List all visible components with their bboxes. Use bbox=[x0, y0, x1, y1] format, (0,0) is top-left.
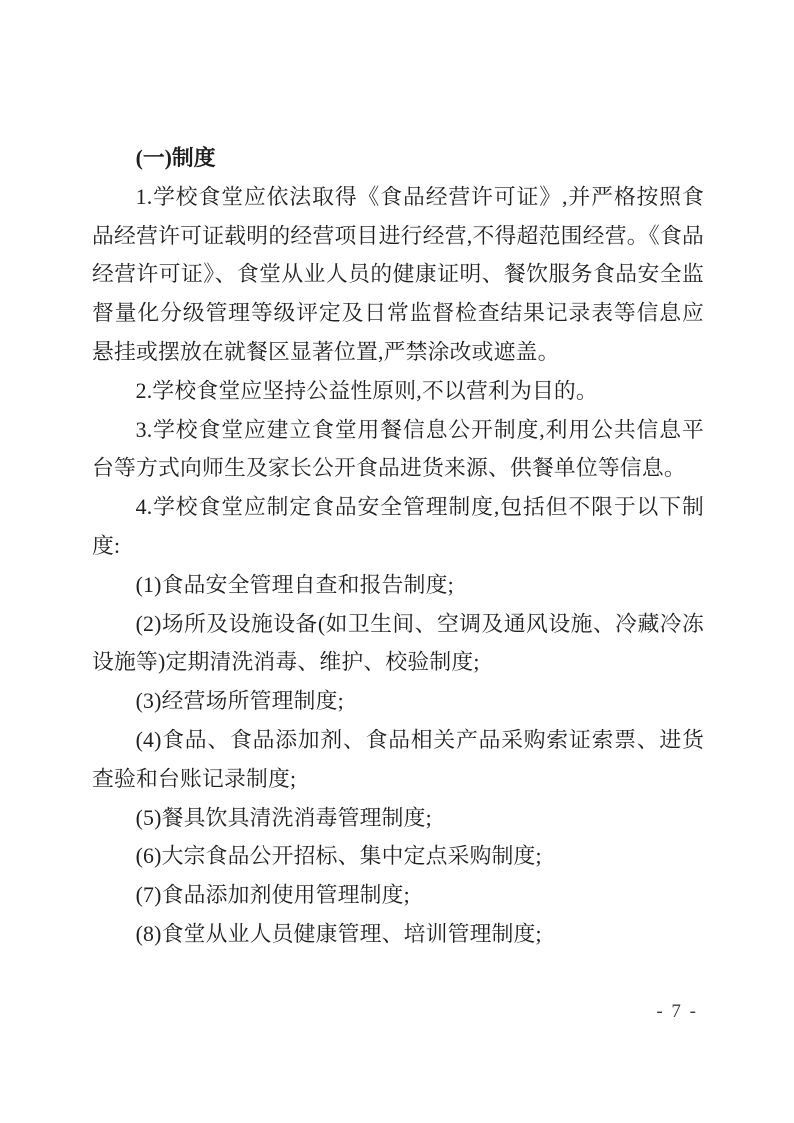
document-body: (一)制度 1.学校食堂应依法取得《食品经营许可证》,并严格按照食品经营许可证载… bbox=[92, 139, 704, 954]
paragraph: 1.学校食堂应依法取得《食品经营许可证》,并严格按照食品经营许可证载明的经营项目… bbox=[92, 178, 704, 372]
paragraph: (1)食品安全管理自查和报告制度; bbox=[92, 566, 704, 605]
paragraph: (8)食堂从业人员健康管理、培训管理制度; bbox=[92, 915, 704, 954]
paragraph: (7)食品添加剂使用管理制度; bbox=[92, 876, 704, 915]
paragraph: 3.学校食堂应建立食堂用餐信息公开制度,利用公共信息平台等方式向师生及家长公开食… bbox=[92, 411, 704, 489]
paragraph: 2.学校食堂应坚持公益性原则,不以营利为目的。 bbox=[92, 372, 704, 411]
paragraph: (5)餐具饮具清洗消毒管理制度; bbox=[92, 799, 704, 838]
paragraph: (6)大宗食品公开招标、集中定点采购制度; bbox=[92, 837, 704, 876]
document-page: (一)制度 1.学校食堂应依法取得《食品经营许可证》,并严格按照食品经营许可证载… bbox=[0, 0, 794, 1123]
section-heading: (一)制度 bbox=[92, 139, 704, 178]
paragraph: (3)经营场所管理制度; bbox=[92, 682, 704, 721]
paragraph: (4)食品、食品添加剂、食品相关产品采购索证索票、进货查验和台账记录制度; bbox=[92, 721, 704, 799]
paragraph-container: 1.学校食堂应依法取得《食品经营许可证》,并严格按照食品经营许可证载明的经营项目… bbox=[92, 178, 704, 954]
paragraph: 4.学校食堂应制定食品安全管理制度,包括但不限于以下制度: bbox=[92, 488, 704, 566]
paragraph: (2)场所及设施设备(如卫生间、空调及通风设施、冷藏冷冻设施等)定期清洗消毒、维… bbox=[92, 605, 704, 683]
page-number: - 7 - bbox=[656, 1001, 698, 1023]
